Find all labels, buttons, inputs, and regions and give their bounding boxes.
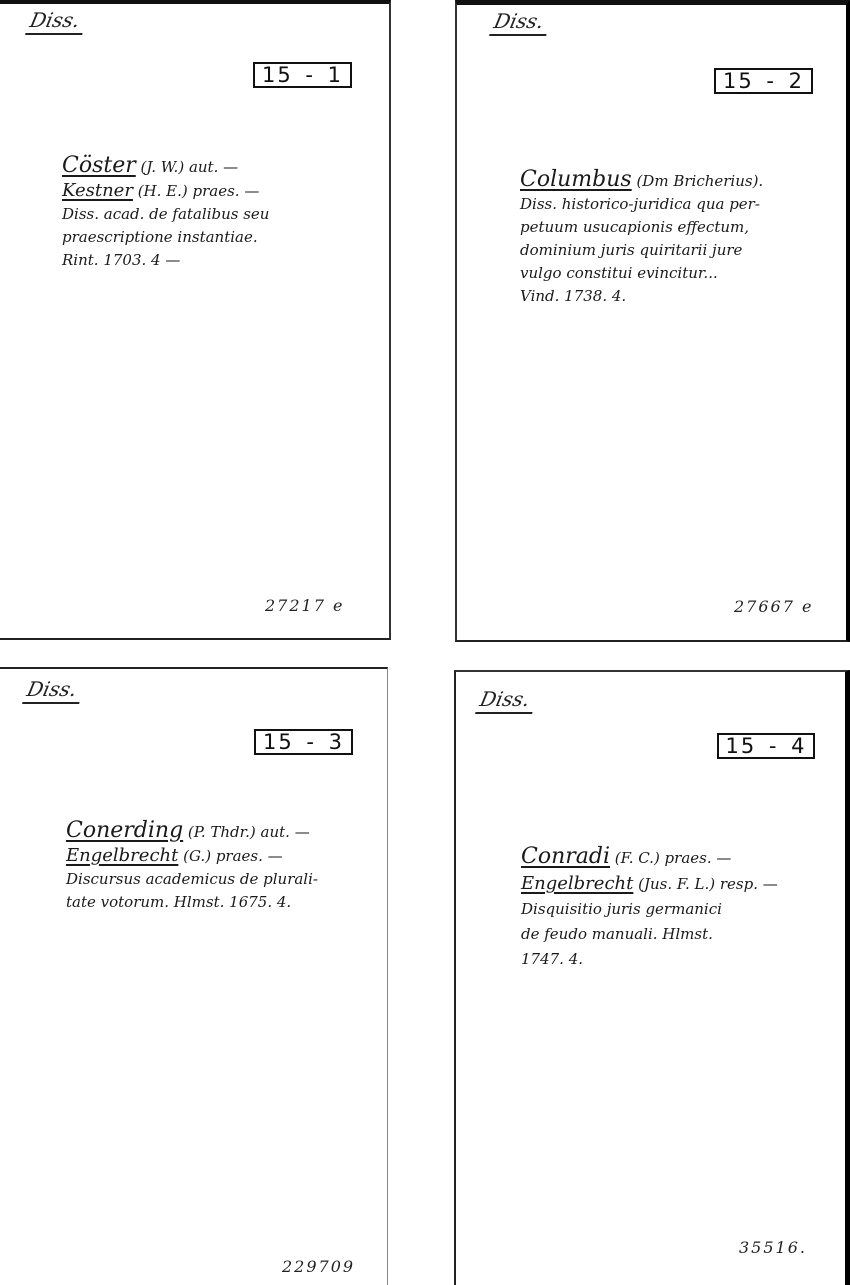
dissertation-mark: Diss.: [25, 8, 88, 35]
catalog-card-15-3: Diss. 15 - 3 Conerding (P. Thdr.) aut. —…: [0, 667, 388, 1285]
call-number-box: 15 - 4: [717, 733, 815, 759]
catalog-card-15-1: Diss. 15 - 1 Cöster (J. W.) aut. — Kestn…: [0, 0, 391, 640]
entry-line-imprint: 1747. 4.: [521, 947, 778, 972]
praeses-heading: Engelbrecht: [66, 845, 178, 866]
entry-line-title: Diss. historico-juridica qua per-: [520, 193, 763, 216]
dissertation-mark: Diss.: [489, 9, 552, 36]
entry-line-title: dominium juris quiritarii jure: [520, 239, 763, 262]
catalog-entry: Columbus (Dm Bricherius). Diss. historic…: [520, 168, 763, 308]
catalog-card-15-2: Diss. 15 - 2 Columbus (Dm Bricherius). D…: [455, 0, 850, 642]
catalog-card-15-4: Diss. 15 - 4 Conradi (F. C.) praes. — En…: [454, 670, 850, 1285]
catalog-entry: Cöster (J. W.) aut. — Kestner (H. E.) pr…: [62, 154, 269, 272]
respondent-heading: Engelbrecht: [521, 873, 633, 894]
praeses-heading: Conradi: [521, 844, 610, 869]
entry-line-title: Discursus academicus de plurali-: [66, 868, 318, 891]
entry-line-praeses: Kestner (H. E.) praes. —: [62, 179, 269, 203]
call-number-box: 15 - 3: [254, 729, 353, 755]
author-heading: Cöster: [62, 153, 136, 178]
entry-line-title: petuum usucapionis effectum,: [520, 216, 763, 239]
catalog-entry: Conerding (P. Thdr.) aut. — Engelbrecht …: [66, 819, 318, 914]
entry-line-title: de feudo manuali. Hlmst.: [521, 922, 778, 947]
entry-line-author: Columbus (Dm Bricherius).: [520, 168, 763, 193]
entry-line-imprint: tate votorum. Hlmst. 1675. 4.: [66, 891, 318, 914]
praeses-heading: Kestner: [62, 180, 133, 201]
accession-number: 27667 e: [734, 597, 813, 616]
entry-line-praeses: Engelbrecht (G.) praes. —: [66, 844, 318, 868]
entry-line-imprint: Vind. 1738. 4.: [520, 285, 763, 308]
entry-line-author: Cöster (J. W.) aut. —: [62, 154, 269, 179]
author-heading: Conerding: [66, 818, 183, 843]
call-number-box: 15 - 1: [253, 62, 352, 88]
accession-number: 229709: [282, 1257, 355, 1276]
entry-line-title: vulgo constitui evincitur...: [520, 262, 763, 285]
entry-line-title: praescriptione instantiae.: [62, 226, 269, 249]
entry-line-title: Diss. acad. de fatalibus seu: [62, 203, 269, 226]
dissertation-mark: Diss.: [475, 687, 538, 714]
accession-number: 27217 e: [265, 596, 344, 615]
entry-line-author: Conerding (P. Thdr.) aut. —: [66, 819, 318, 844]
author-heading: Columbus: [520, 167, 632, 192]
accession-number: 35516.: [739, 1238, 807, 1257]
dissertation-mark: Diss.: [22, 677, 85, 704]
call-number-box: 15 - 2: [714, 68, 813, 94]
catalog-entry: Conradi (F. C.) praes. — Engelbrecht (Ju…: [521, 844, 778, 972]
entry-line-imprint: Rint. 1703. 4 —: [62, 249, 269, 272]
entry-line-respondent: Engelbrecht (Jus. F. L.) resp. —: [521, 871, 778, 897]
entry-line-praeses: Conradi (F. C.) praes. —: [521, 844, 778, 871]
entry-line-title: Disquisitio juris germanici: [521, 897, 778, 922]
